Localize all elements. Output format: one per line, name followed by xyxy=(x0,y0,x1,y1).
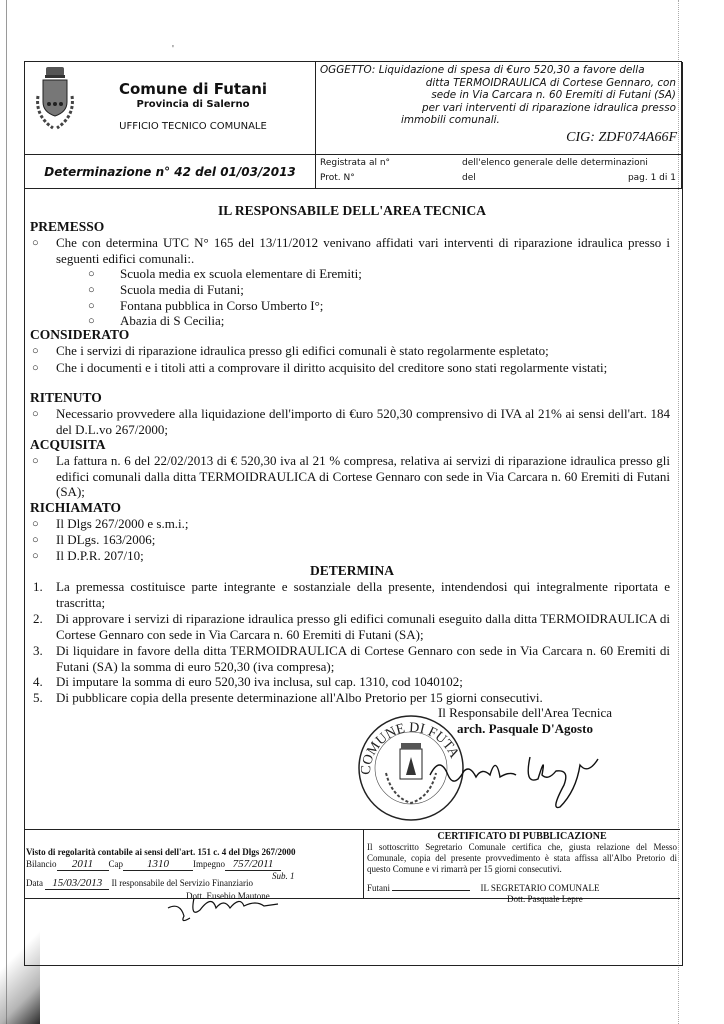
premesso-subitem: Abazia di S Cecilia; xyxy=(120,313,620,329)
subject-text: OGGETTO: Liquidazione di spesa di €uro 5… xyxy=(320,64,676,127)
subject-line: sede in Via Carcara n. 60 Eremiti di Fut… xyxy=(320,89,676,102)
secretary-name: Dott. Pasquale Lepre xyxy=(367,894,677,905)
publication-certificate-block: CERTIFICATO DI PUBBLICAZIONE Il sottoscr… xyxy=(367,830,677,905)
handwritten-signature xyxy=(420,745,610,815)
protocol-label: Prot. N° xyxy=(320,173,355,183)
subject-line: ditta TERMOIDRAULICA di Cortese Gennaro,… xyxy=(320,77,676,90)
registration-block: Registrata al n° dell'elenco generale de… xyxy=(316,155,681,188)
municipality-name: Comune di Futani xyxy=(93,80,293,98)
richiamato-item: Il DLgs. 163/2006; xyxy=(56,532,456,548)
municipality-block: Comune di Futani Provincia di Salerno UF… xyxy=(25,62,316,155)
premesso-item: Che con determina UTC N° 165 del 13/11/2… xyxy=(56,235,670,266)
secretary-label: IL SEGRETARIO COMUNALE xyxy=(481,883,600,893)
registration-row: Registrata al n° dell'elenco generale de… xyxy=(320,158,676,171)
registered-label: Registrata al n° xyxy=(320,158,390,168)
finance-manager-label: Il responsabile del Servizio Finanziario xyxy=(112,878,253,888)
considerato-item: Che i servizi di riparazione idraulica p… xyxy=(56,343,670,359)
scan-edge-left xyxy=(6,0,7,1024)
budget-label: Bilancio xyxy=(26,859,57,869)
place-label: Futani xyxy=(367,883,390,893)
richiamato-item: Il Dlgs 267/2000 e s.m.i.; xyxy=(56,516,456,532)
item-number: 3. xyxy=(33,643,43,659)
certificate-title: CERTIFICATO DI PUBBLICAZIONE xyxy=(367,831,677,842)
bullet-icon: ○ xyxy=(88,268,95,280)
province-name: Provincia di Salerno xyxy=(93,99,293,110)
accounting-approval-title: Visto di regolarità contabile ai sensi d… xyxy=(26,846,361,858)
subject-line: immobili comunali. xyxy=(320,114,676,127)
coat-of-arms-icon xyxy=(33,66,77,136)
section-acquisita-heading: ACQUISITA xyxy=(30,437,106,453)
bullet-icon: ○ xyxy=(32,518,39,530)
item-number: 2. xyxy=(33,611,43,627)
acquisita-item: La fattura n. 6 del 22/02/2013 di € 520,… xyxy=(56,453,670,500)
certificate-text: Il sottoscritto Segretario Comunale cert… xyxy=(367,842,677,875)
budget-row: Bilancio2011Cap1310Impegno757/2011 xyxy=(26,858,361,871)
bullet-icon: ○ xyxy=(88,300,95,312)
sub-value: Sub. 1 xyxy=(272,870,295,882)
finance-signature xyxy=(160,888,280,928)
document-footer: Visto di regolarità contabile ai sensi d… xyxy=(24,829,680,899)
date-value: 15/03/2013 xyxy=(45,877,109,890)
premesso-subitem: Fontana pubblica in Corso Umberto I°; xyxy=(120,298,620,314)
section-considerato-heading: CONSIDERATO xyxy=(30,327,129,343)
item-number: 4. xyxy=(33,674,43,690)
bullet-icon: ○ xyxy=(32,362,39,374)
subject-line: Liquidazione di spesa di €uro 520,30 a f… xyxy=(379,64,645,76)
protocol-row: Prot. N° del pag. 1 di 1 xyxy=(320,173,676,186)
bullet-icon: ○ xyxy=(32,534,39,546)
document-title: IL RESPONSABILE DELL'AREA TECNICA xyxy=(24,203,680,219)
determination-number: Determinazione n° 42 del 01/03/2013 xyxy=(25,165,315,179)
bullet-icon: ○ xyxy=(32,550,39,562)
footer-divider xyxy=(363,830,364,898)
bullet-icon: ○ xyxy=(32,455,39,467)
budget-value: 2011 xyxy=(57,858,109,871)
richiamato-item: Il D.P.R. 207/10; xyxy=(56,548,456,564)
secretary-row: Futani IL SEGRETARIO COMUNALE xyxy=(367,883,677,894)
bullet-icon: ○ xyxy=(88,284,95,296)
commitment-label: Impegno xyxy=(193,859,225,869)
chapter-value: 1310 xyxy=(123,858,193,871)
cig-code: CIG: ZDF074A66F xyxy=(566,130,677,146)
ritenuto-item: Necessario provvedere alla liquidazione … xyxy=(56,406,670,437)
determina-item: Di liquidare in favore della ditta TERMO… xyxy=(56,643,670,674)
determina-item: Di pubblicare copia della presente deter… xyxy=(56,690,670,706)
determina-item: Di approvare i servizi di riparazione id… xyxy=(56,611,670,642)
date-label: del xyxy=(462,173,476,183)
premesso-subitem: Scuola media ex scuola elementare di Ere… xyxy=(120,266,620,282)
item-number: 1. xyxy=(33,579,43,595)
bullet-icon: ○ xyxy=(32,237,39,249)
section-richiamato-heading: RICHIAMATO xyxy=(30,500,121,516)
document-header: Comune di Futani Provincia di Salerno UF… xyxy=(24,61,682,189)
determination-number-block: Determinazione n° 42 del 01/03/2013 xyxy=(25,155,316,188)
section-premesso-heading: PREMESSO xyxy=(30,219,104,235)
bullet-icon: ○ xyxy=(32,345,39,357)
place-date-blank xyxy=(392,890,470,891)
page-indicator: pag. 1 di 1 xyxy=(628,173,676,183)
subject-line: per vari interventi di riparazione idrau… xyxy=(320,102,676,115)
chapter-label: Cap xyxy=(109,859,124,869)
bullet-icon: ○ xyxy=(32,408,39,420)
general-list-label: dell'elenco generale delle determinazion… xyxy=(462,158,648,168)
office-name: UFFICIO TECNICO COMUNALE xyxy=(93,121,293,132)
scan-mark: ' xyxy=(172,44,174,55)
section-determina-heading: DETERMINA xyxy=(24,563,680,579)
bullet-icon: ○ xyxy=(88,315,95,327)
date-label: Data xyxy=(26,878,43,888)
item-number: 5. xyxy=(33,690,43,706)
subject-label: OGGETTO: xyxy=(320,64,375,76)
premesso-subitem: Scuola media di Futani; xyxy=(120,282,620,298)
considerato-item: Che i documenti e i titoli atti a compro… xyxy=(56,360,670,376)
subject-block: OGGETTO: Liquidazione di spesa di €uro 5… xyxy=(316,62,681,155)
determina-item: La premessa costituisce parte integrante… xyxy=(56,579,670,610)
determina-item: Di imputare la somma di euro 520,30 iva … xyxy=(56,674,670,690)
section-ritenuto-heading: RITENUTO xyxy=(30,390,102,406)
